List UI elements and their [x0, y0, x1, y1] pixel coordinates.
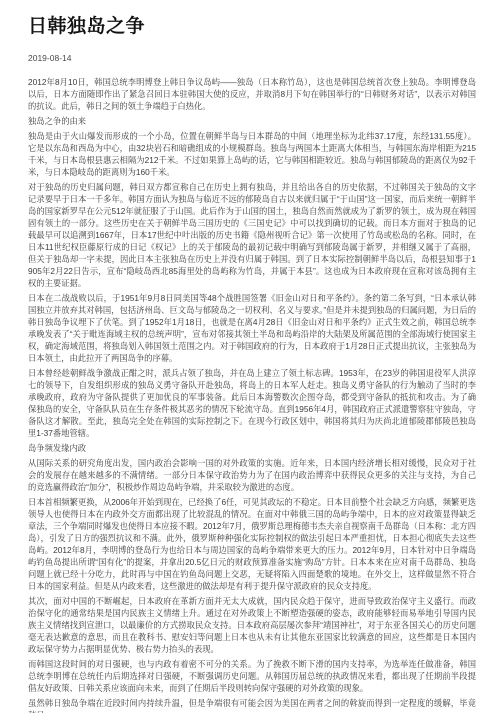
paragraph-domestic-politics-intro: 从国际关系的研究角度出发，国内政治会影响一国的对外政策的实施。近年来，日本国内经…	[28, 457, 476, 493]
paragraph-postwar-treaty: 日本在二战战败以后，于1951年9月8日同美国等48个战胜国签署《旧金山对日和平…	[28, 292, 476, 364]
paragraph-intro: 2012年8月10日，韩国总统李明博登上韩日争议岛屿——独岛（日本称竹岛），这也…	[28, 76, 476, 112]
paragraph-outlook-truncated: 虽然韩日独岛争端在近段时间内持续升温，但是争端很有可能会因为美国在两者之间的斡旋…	[28, 697, 476, 713]
paragraph-japan-conservatism: 其次，面对中国的不断崛起，日本政府在革新方面并无太大成就，国内民众趋于保守，进而…	[28, 595, 476, 655]
article-page: 日韩独岛之争 2019-08-14 2012年8月10日，韩国总统李明博登上韩日…	[0, 0, 504, 713]
paragraph-korea-hardline: 而韩国这段时间的对日强硬，也与内政有着密不可分的关系。为了挽救不断下滑的国内支持…	[28, 658, 476, 694]
section-heading-domestic-politics: 岛争频发缘内政	[28, 442, 476, 454]
page-title: 日韩独岛之争	[28, 15, 476, 38]
paragraph-japan-pm-changes: 日本首相频繁更换，从2006年开始到现在，已经换了6任，可见其政坛的不稳定。日本…	[28, 496, 476, 592]
paragraph-korean-war-control: 日本曾经趁朝鲜战争激战正酣之时，派兵占领了独岛，并在岛上建立了领土标志碑。195…	[28, 367, 476, 439]
paragraph-island-geography: 独岛是由于火山爆发而形成的一个小岛，位置在朝鲜半岛与日本群岛的中间（地理坐标为北…	[28, 130, 476, 178]
section-heading-origin: 独岛之争的由来	[28, 115, 476, 127]
article-date: 2019-08-14	[28, 53, 476, 64]
article-body: 2012年8月10日，韩国总统李明博登上韩日争议岛屿——独岛（日本称竹岛），这也…	[28, 76, 476, 713]
paragraph-historical-claims: 对于独岛的历史归属问题，韩日双方都宣称自己在历史上拥有独岛，并且给出各自的历史依…	[28, 181, 476, 289]
